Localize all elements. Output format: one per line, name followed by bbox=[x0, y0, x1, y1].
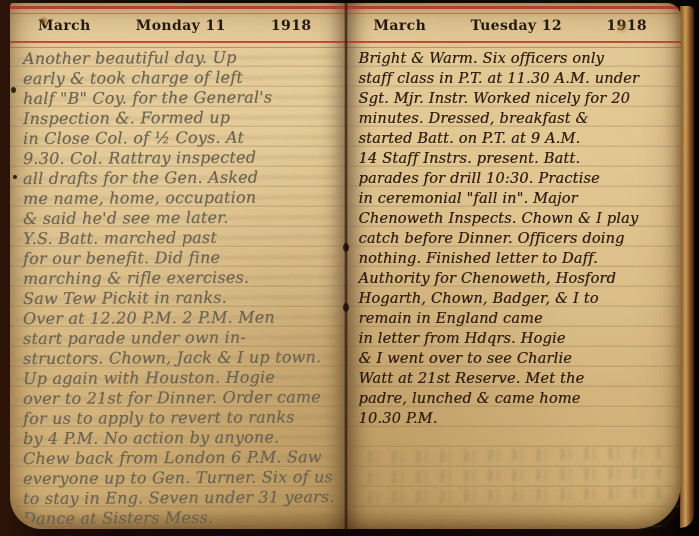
diary-entry-body: Another beautiful day. Upearly & took ch… bbox=[10, 47, 346, 529]
diary-line: Watt at 21st Reserve. Met the bbox=[359, 369, 678, 389]
diary-line: Chew back from London 6 P.M. Saw bbox=[23, 447, 342, 469]
diary-line: nothing. Finished letter to Daff. bbox=[359, 249, 678, 269]
book-page-edges bbox=[680, 6, 694, 528]
diary-lines: Another beautiful day. Upearly & took ch… bbox=[23, 49, 342, 529]
diary-line: catch before Dinner. Officers doing bbox=[359, 229, 678, 249]
diary-line: & I went over to see Charlie bbox=[359, 349, 678, 369]
bleedthrough-line bbox=[361, 446, 661, 463]
day-label: Tuesday 12 bbox=[471, 18, 562, 34]
diary-line: in Close Col. of ½ Coys. At bbox=[23, 127, 342, 149]
diary-line: Up again with Houston. Hogie bbox=[23, 367, 342, 389]
day-label: Monday 11 bbox=[136, 18, 226, 34]
diary-line: 10.30 P.M. bbox=[359, 409, 678, 429]
binding-mark bbox=[13, 175, 17, 179]
bleedthrough-line bbox=[361, 466, 661, 483]
page-tuesday-12: March Tuesday 12 1918 Bright & Warm. Six… bbox=[346, 3, 682, 529]
binding-mark bbox=[11, 87, 16, 93]
diary-line: parades for drill 10:30. Practise bbox=[359, 169, 678, 189]
diary-line: to stay in Eng. Seven under 31 years. bbox=[23, 487, 342, 509]
diary-line: in letter from Hdqrs. Hogie bbox=[359, 329, 678, 349]
diary-line: by 4 P.M. No action by anyone. bbox=[23, 427, 342, 449]
month-label: March bbox=[38, 18, 91, 34]
diary-line: Y.S. Batt. marched past bbox=[23, 227, 342, 249]
diary-line: structors. Chown, Jack & I up town. bbox=[23, 347, 342, 369]
diary-line: early & took charge of left bbox=[23, 67, 342, 89]
diary-line: staff class in P.T. at 11.30 A.M. under bbox=[359, 69, 678, 89]
page-header: March Tuesday 12 1918 bbox=[346, 12, 682, 39]
diary-line: marching & rifle exercises. bbox=[23, 267, 342, 289]
diary-line: half "B" Coy. for the General's bbox=[23, 87, 342, 109]
page-monday-11: March Monday 11 1918 Another beautiful d… bbox=[10, 3, 346, 529]
year-label: 1918 bbox=[606, 18, 647, 34]
diary-line: padre, lunched & came home bbox=[359, 389, 678, 409]
diary-line: Another beautiful day. Up bbox=[23, 47, 342, 69]
binding-gutter bbox=[344, 3, 348, 529]
diary-line: Bright & Warm. Six officers only bbox=[359, 49, 678, 69]
diary-line: everyone up to Gen. Turner. Six of us bbox=[23, 467, 342, 489]
diary-line: Saw Tew Pickit in ranks. bbox=[23, 287, 342, 309]
year-label: 1918 bbox=[271, 18, 312, 34]
month-label: March bbox=[374, 18, 427, 34]
diary-line: for our benefit. Did fine bbox=[23, 247, 342, 269]
diary-line: started Batt. on P.T. at 9 A.M. bbox=[359, 129, 678, 149]
diary-line: Sgt. Mjr. Instr. Worked nicely for 20 bbox=[359, 89, 678, 109]
bleedthrough-line bbox=[361, 486, 661, 503]
page-header: March Monday 11 1918 bbox=[10, 12, 346, 39]
diary-line: start parade under own in- bbox=[23, 327, 342, 349]
diary-open-pages: March Monday 11 1918 Another beautiful d… bbox=[10, 3, 681, 529]
diary-line: Hogarth, Chown, Badger, & I to bbox=[359, 289, 678, 309]
diary-line: all drafts for the Gen. Asked bbox=[23, 167, 342, 189]
diary-line: over to 21st for Dinner. Order came bbox=[23, 387, 342, 409]
diary-line: Dance at Sisters Mess. bbox=[23, 507, 342, 529]
binding-stitch bbox=[343, 243, 349, 252]
diary-line: me name, home, occupation bbox=[23, 187, 342, 209]
diary-line: remain in England came bbox=[359, 309, 678, 329]
binding-stitch bbox=[343, 303, 349, 312]
diary-lines: Bright & Warm. Six officers onlystaff cl… bbox=[359, 49, 678, 429]
diary-line: for us to apply to revert to ranks bbox=[23, 407, 342, 429]
diary-line: 9.30. Col. Rattray inspected bbox=[23, 147, 342, 169]
diary-line: minutes. Dressed, breakfast & bbox=[359, 109, 678, 129]
diary-line: Over at 12.20 P.M. 2 P.M. Men bbox=[23, 307, 342, 329]
diary-line: in ceremonial "fall in". Major bbox=[359, 189, 678, 209]
diary-scan: March Monday 11 1918 Another beautiful d… bbox=[0, 0, 699, 536]
diary-line: & said he'd see me later. bbox=[23, 207, 342, 229]
diary-line: Authority for Chenoweth, Hosford bbox=[359, 269, 678, 289]
bleedthrough-writing bbox=[356, 441, 668, 509]
diary-line: 14 Staff Instrs. present. Batt. bbox=[359, 149, 678, 169]
diary-line: Chenoweth Inspects. Chown & I play bbox=[359, 209, 678, 229]
diary-line: Inspection &. Formed up bbox=[23, 107, 342, 129]
